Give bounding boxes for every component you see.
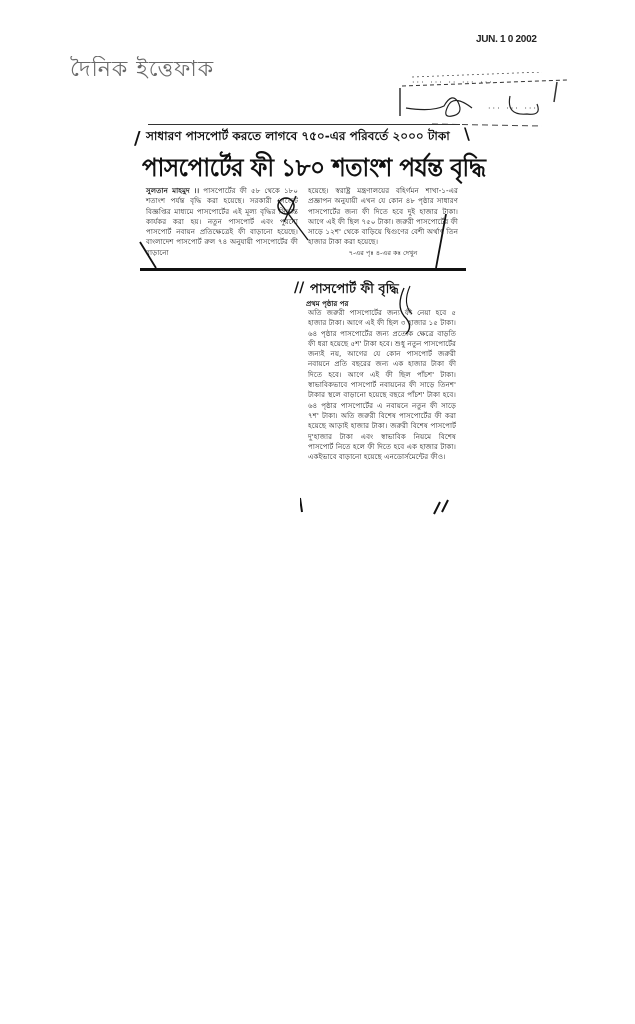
pen-marks-icon: [136, 122, 466, 272]
newspaper-name: দৈনিক ইত্তেফাক: [70, 52, 214, 89]
main-article-clipping: / \ সাধারণ পাসপোর্ট করতে লাগবে ৭৫০-এর পর…: [136, 122, 466, 270]
date-stamp: JUN. 1 0 2002: [476, 34, 537, 45]
handwritten-stamp: ··· ··· ·· ··· ··· ··· ··· ···: [392, 72, 572, 128]
pen-squiggle-icon: [300, 280, 460, 516]
continued-article-clipping: // পাসপোর্ট ফী বৃদ্ধি প্রথম পৃষ্ঠার পর অ…: [300, 280, 460, 516]
bottom-rule: [140, 268, 466, 271]
